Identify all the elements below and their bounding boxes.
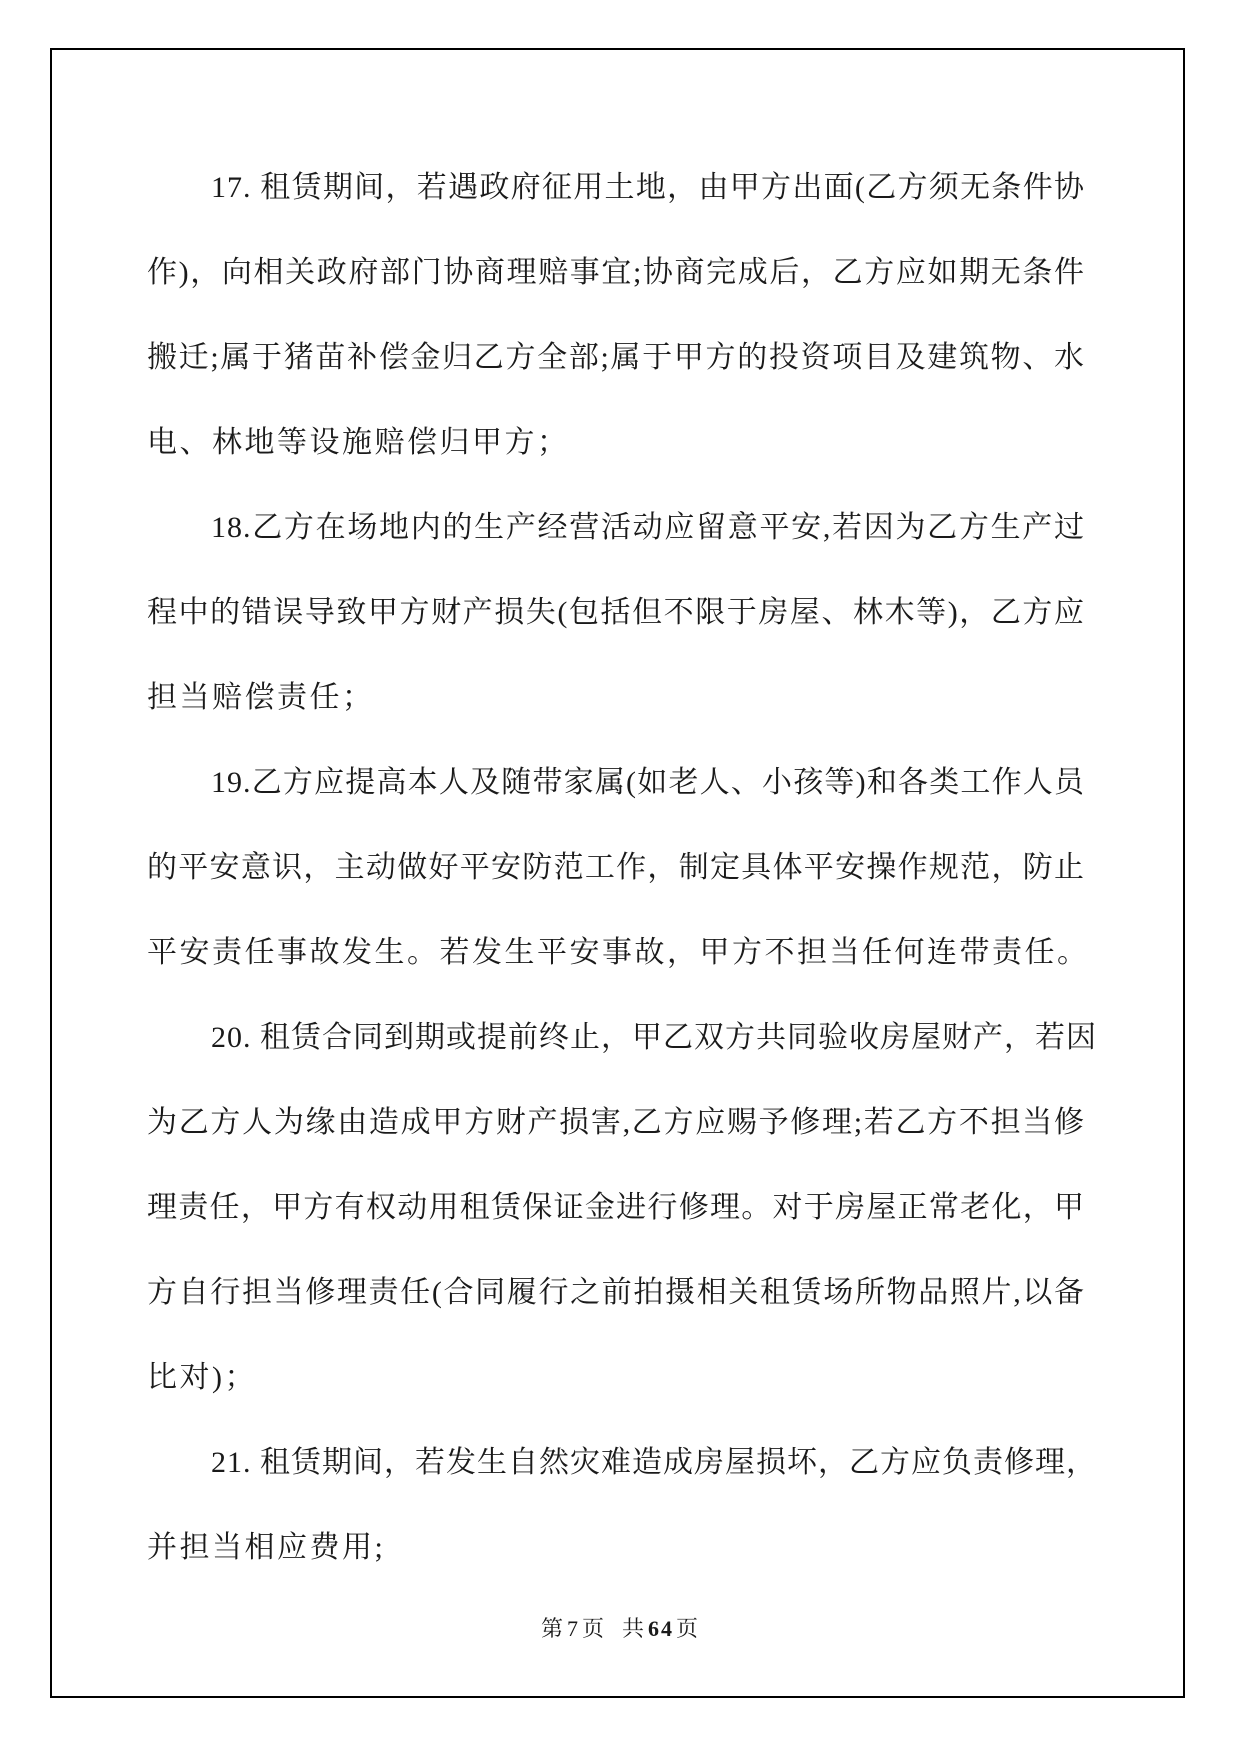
document-body: 17. 租赁期间，若遇政府征用土地，由甲方出面(乙方须无条件协作)，向相关政府部…	[147, 145, 1085, 1590]
contract-clause: 17. 租赁期间，若遇政府征用土地，由甲方出面(乙方须无条件协作)，向相关政府部…	[147, 145, 1085, 485]
contract-clause: 19.乙方应提高本人及随带家属(如老人、小孩等)和各类工作人员的平安意识，主动做…	[147, 740, 1085, 995]
contract-clause: 20. 租赁合同到期或提前终止，甲乙双方共同验收房屋财产，若因为乙方人为缘由造成…	[147, 995, 1085, 1420]
text-line: 比对)；	[147, 1335, 1085, 1420]
text-line: 方自行担当修理责任(合同履行之前拍摄相关租赁场所物品照片,以备	[147, 1250, 1085, 1335]
contract-clause: 21. 租赁期间，若发生自然灾难造成房屋损坏，乙方应负责修理，并担当相应费用;	[147, 1420, 1085, 1590]
footer-page-label-prefix: 第	[541, 1616, 565, 1641]
contract-clause: 18.乙方在场地内的生产经营活动应留意平安,若因为乙方生产过程中的错误导致甲方财…	[147, 485, 1085, 740]
text-line: 并担当相应费用;	[147, 1505, 1085, 1590]
text-line: 为乙方人为缘由造成甲方财产损害,乙方应赐予修理;若乙方不担当修	[147, 1080, 1085, 1165]
text-line: 20. 租赁合同到期或提前终止，甲乙双方共同验收房屋财产，若因	[147, 995, 1085, 1080]
footer-page-number: 7	[565, 1616, 582, 1641]
text-line: 21. 租赁期间，若发生自然灾难造成房屋损坏，乙方应负责修理，	[147, 1420, 1085, 1505]
text-line: 的平安意识，主动做好平安防范工作，制定具体平安操作规范，防止	[147, 825, 1085, 910]
text-line: 担当赔偿责任；	[147, 655, 1085, 740]
footer-total-pages: 64	[646, 1616, 676, 1641]
text-line: 17. 租赁期间，若遇政府征用土地，由甲方出面(乙方须无条件协	[147, 145, 1085, 230]
footer-total-label-prefix: 共	[622, 1616, 646, 1641]
text-line: 理责任，甲方有权动用租赁保证金进行修理。对于房屋正常老化，甲	[147, 1165, 1085, 1250]
text-line: 程中的错误导致甲方财产损失(包括但不限于房屋、林木等)，乙方应	[147, 570, 1085, 655]
text-line: 19.乙方应提高本人及随带家属(如老人、小孩等)和各类工作人员	[147, 740, 1085, 825]
text-line: 作)，向相关政府部门协商理赔事宜;协商完成后，乙方应如期无条件	[147, 230, 1085, 315]
page-footer: 第7页共64页	[0, 1612, 1241, 1643]
footer-total-label-suffix: 页	[676, 1616, 700, 1641]
text-line: 搬迁;属于猪苗补偿金归乙方全部;属于甲方的投资项目及建筑物、水	[147, 315, 1085, 400]
text-line: 18.乙方在场地内的生产经营活动应留意平安,若因为乙方生产过	[147, 485, 1085, 570]
text-line: 电、林地等设施赔偿归甲方；	[147, 400, 1085, 485]
footer-page-label-suffix: 页	[582, 1616, 606, 1641]
text-line: 平安责任事故发生。若发生平安事故，甲方不担当任何连带责任。	[147, 910, 1085, 995]
